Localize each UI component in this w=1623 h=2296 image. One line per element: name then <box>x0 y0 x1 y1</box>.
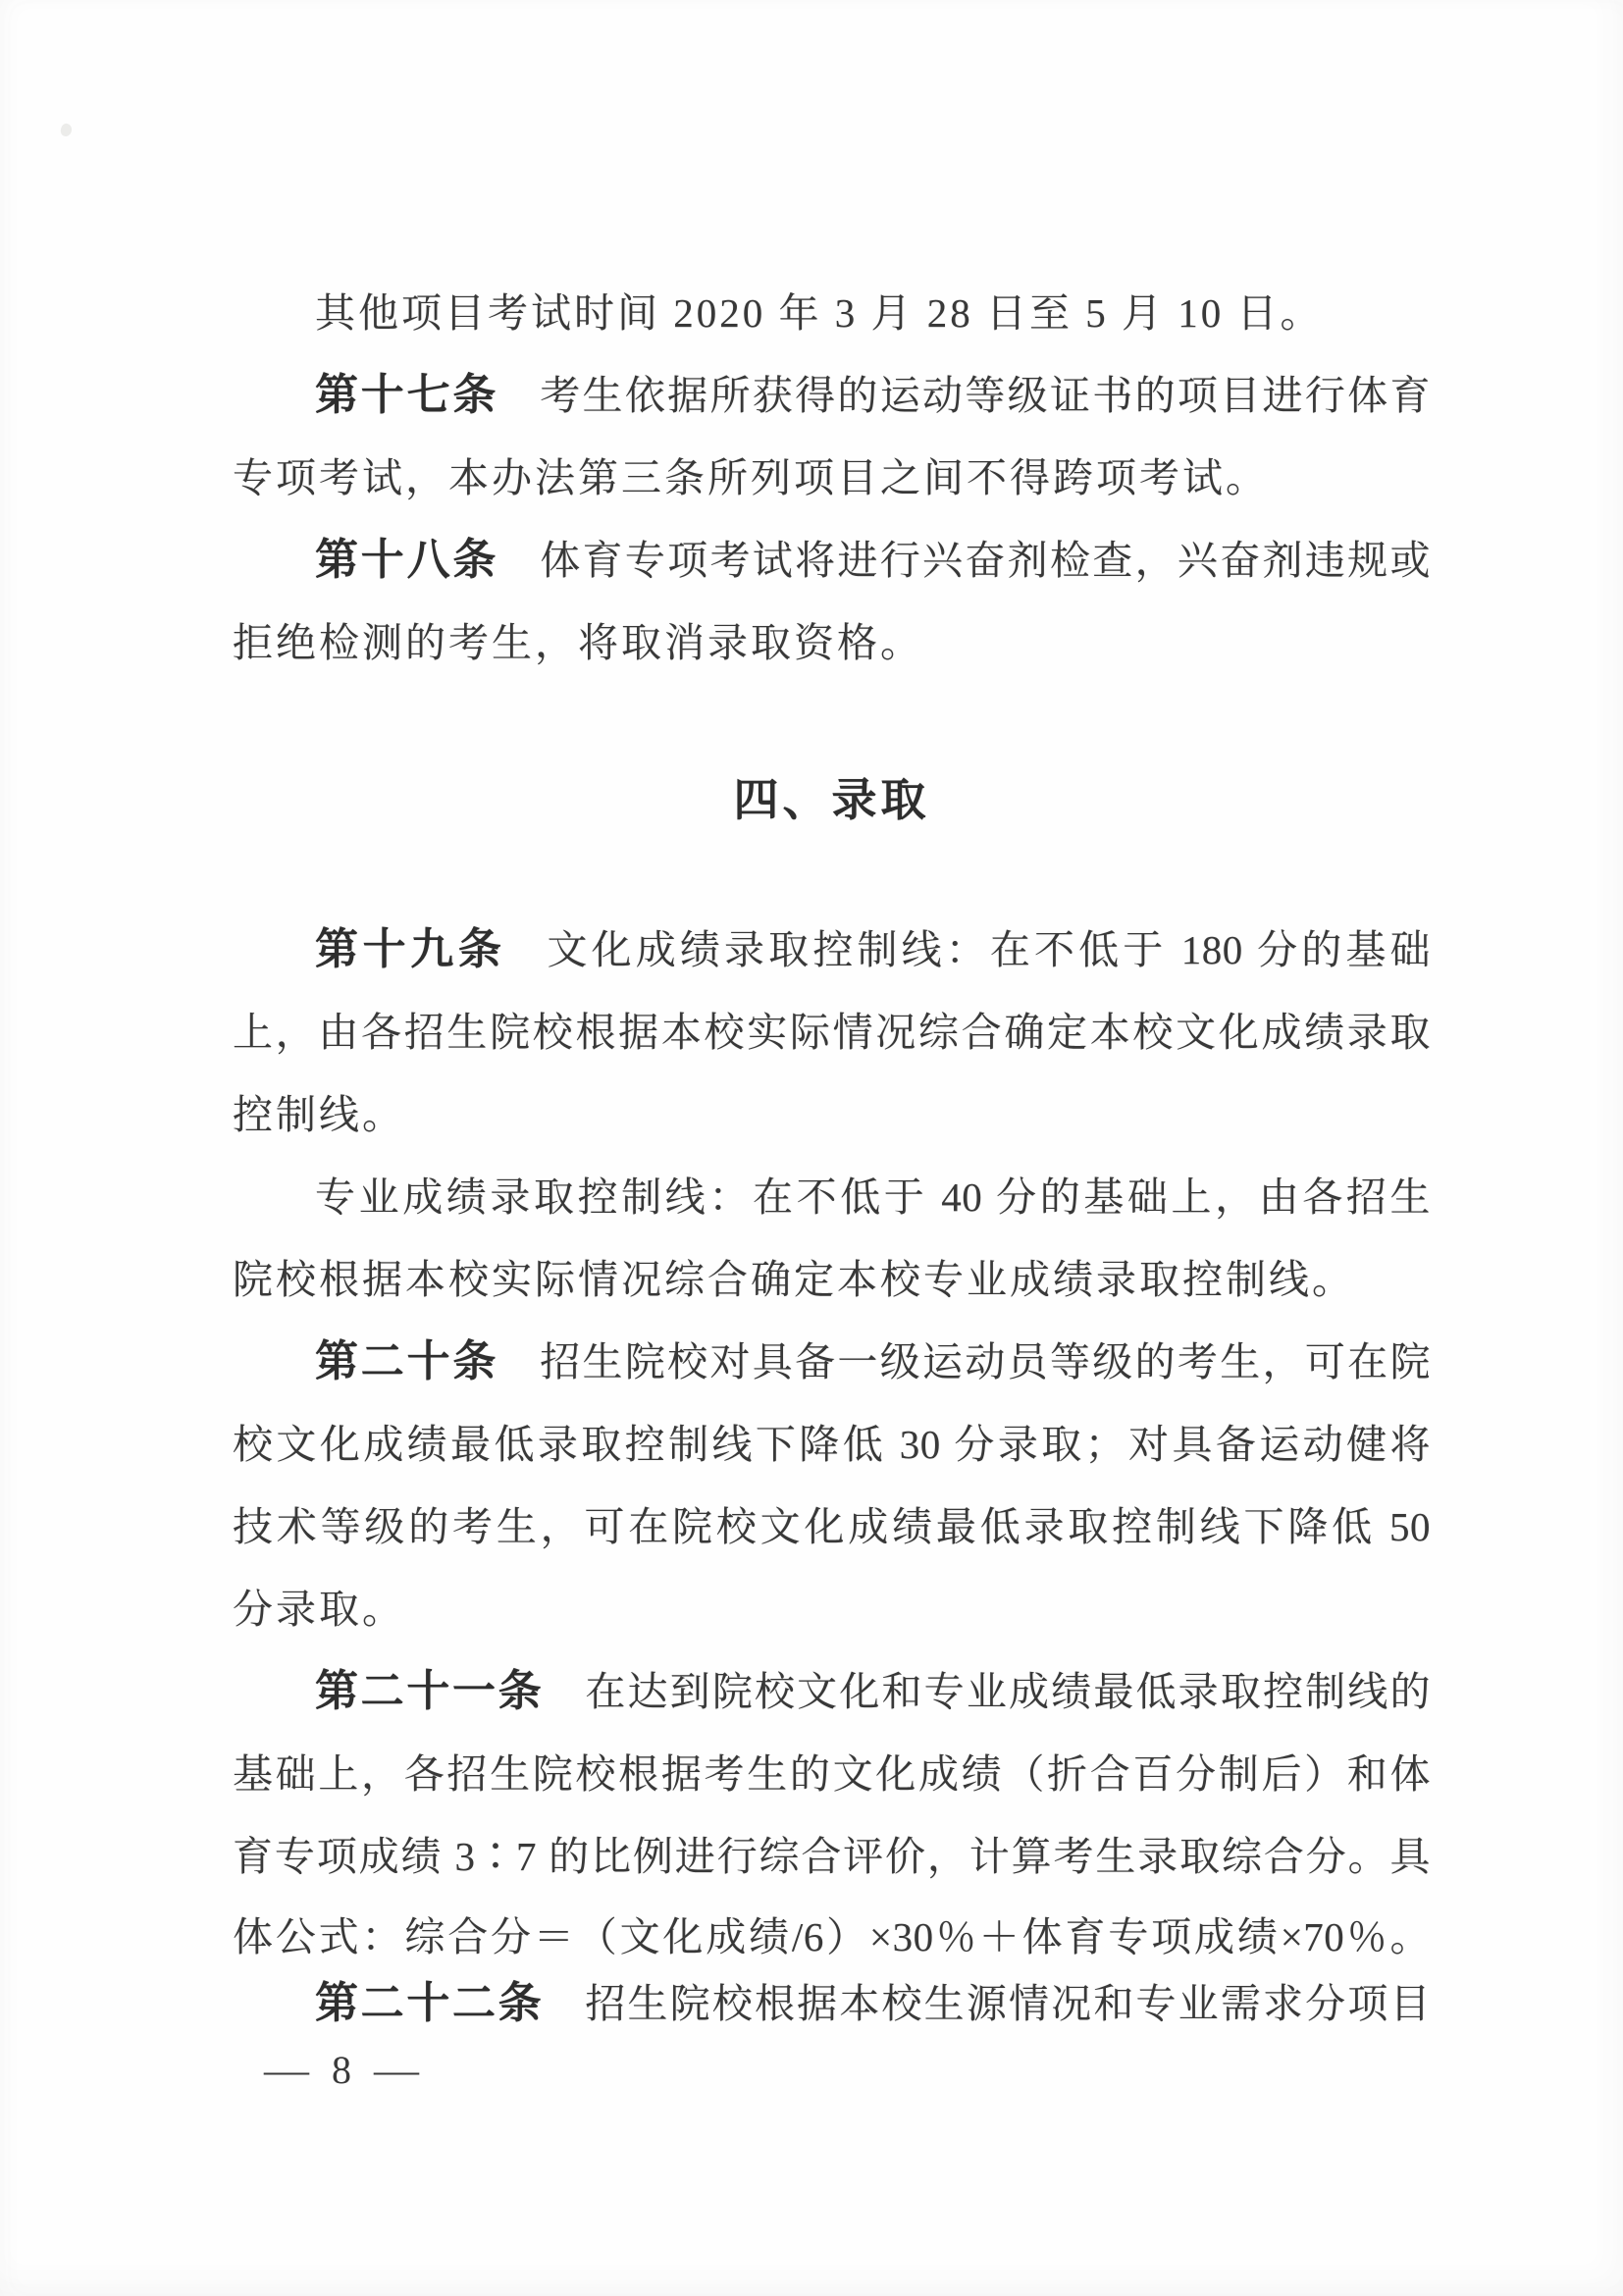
line-article-20-cont-1: 校文化成绩最低录取控制线下降低 30 分录取；对具备运动健将 <box>233 1421 1431 1468</box>
line-article-18-first: 第十八条体育专项考试将进行兴奋剂检查，兴奋剂违规或 <box>233 537 1431 584</box>
line-text: 技术等级的考生，可在院校文化成绩最低录取控制线下降低 50 <box>233 1504 1431 1549</box>
scan-artifact <box>59 123 73 138</box>
line-text: 上，由各招生院校根据本校实际情况综合确定本校文化成绩录取 <box>233 1010 1431 1055</box>
footer-right-dash: — <box>374 2047 419 2093</box>
line-text: 基础上，各招生院校根据考生的文化成绩（折合百分制后）和体 <box>233 1751 1431 1797</box>
line-article-21-cont-2: 育专项成绩 3∶7 的比例进行综合评价，计算考生录取综合分。具 <box>233 1833 1431 1880</box>
line-text: 招生院校对具备一级运动员等级的考生，可在院 <box>540 1339 1431 1384</box>
line-text: 体育专项考试将进行兴奋剂检查，兴奋剂违规或 <box>540 538 1431 583</box>
article-20-label: 第二十条 <box>315 1337 498 1385</box>
line-text: 专项考试，本办法第三条所列项目之间不得跨项考试。 <box>233 455 1269 500</box>
article-21-label: 第二十一条 <box>315 1667 544 1715</box>
line-text: 专业成绩录取控制线：在不低于 40 分的基础上，由各招生 <box>315 1174 1431 1220</box>
article-17-label: 第十七条 <box>315 371 498 419</box>
line-article-20-first: 第二十条招生院校对具备一级运动员等级的考生，可在院 <box>233 1338 1431 1385</box>
line-major-score-line-cont: 院校根据本校实际情况综合确定本校专业成绩录取控制线。 <box>233 1256 1431 1303</box>
line-article-20-cont-3: 分录取。 <box>233 1586 1431 1633</box>
article-18-label: 第十八条 <box>315 536 498 584</box>
line-text: 其他项目考试时间 2020 年 3 月 28 日至 5 月 10 日。 <box>315 290 1324 336</box>
article-19-label: 第十九条 <box>315 925 506 973</box>
line-text: 分录取。 <box>233 1587 405 1632</box>
line-article-18-cont: 拒绝检测的考生，将取消录取资格。 <box>233 619 1431 666</box>
line-article-19-cont-1: 上，由各招生院校根据本校实际情况综合确定本校文化成绩录取 <box>233 1009 1431 1056</box>
line-article-21-cont-1: 基础上，各招生院校根据考生的文化成绩（折合百分制后）和体 <box>233 1750 1431 1798</box>
line-text: 拒绝检测的考生，将取消录取资格。 <box>233 620 923 665</box>
line-text: 体公式：综合分＝（文化成绩/6）×30％＋体育专项成绩×70％。 <box>233 1914 1431 1959</box>
line-other-events-exam-time: 其他项目考试时间 2020 年 3 月 28 日至 5 月 10 日。 <box>233 289 1431 337</box>
footer-left-dash: — <box>264 2047 309 2093</box>
line-article-19-first: 第十九条文化成绩录取控制线：在不低于 180 分的基础 <box>233 926 1431 973</box>
page-number: 8 <box>332 2047 351 2093</box>
page-number-footer: — 8 — <box>267 2047 416 2093</box>
line-article-17-cont: 专项考试，本办法第三条所列项目之间不得跨项考试。 <box>233 454 1431 501</box>
line-article-21-first: 第二十一条在达到院校文化和专业成绩最低录取控制线的 <box>233 1668 1431 1715</box>
line-text: 院校根据本校实际情况综合确定本校专业成绩录取控制线。 <box>233 1257 1355 1302</box>
line-article-21-formula: 体公式：综合分＝（文化成绩/6）×30％＋体育专项成绩×70％。 <box>233 1913 1431 1960</box>
line-text: 控制线。 <box>233 1092 405 1137</box>
line-text: 在达到院校文化和专业成绩最低录取控制线的 <box>585 1669 1431 1714</box>
line-text: 文化成绩录取控制线：在不低于 180 分的基础 <box>548 927 1431 972</box>
line-article-20-cont-2: 技术等级的考生，可在院校文化成绩最低录取控制线下降低 50 <box>233 1503 1431 1550</box>
scanned-document-page: 其他项目考试时间 2020 年 3 月 28 日至 5 月 10 日。 第十七条… <box>0 0 1623 2296</box>
section-heading-admission: 四、录取 <box>233 764 1431 829</box>
line-article-19-cont-2: 控制线。 <box>233 1091 1431 1138</box>
line-text: 校文化成绩最低录取控制线下降低 30 分录取；对具备运动健将 <box>233 1422 1431 1467</box>
line-text: 招生院校根据本校生源情况和专业需求分项目 <box>585 1981 1431 2026</box>
line-text: 考生依据所获得的运动等级证书的项目进行体育 <box>540 373 1431 418</box>
line-major-score-line-first: 专业成绩录取控制线：在不低于 40 分的基础上，由各招生 <box>233 1174 1431 1221</box>
article-22-label: 第二十二条 <box>315 1979 544 2027</box>
line-article-17-first: 第十七条考生依据所获得的运动等级证书的项目进行体育 <box>233 372 1431 419</box>
line-article-22-first: 第二十二条招生院校根据本校生源情况和专业需求分项目 <box>233 1980 1431 2027</box>
line-text: 育专项成绩 3∶7 的比例进行综合评价，计算考生录取综合分。具 <box>233 1834 1431 1879</box>
